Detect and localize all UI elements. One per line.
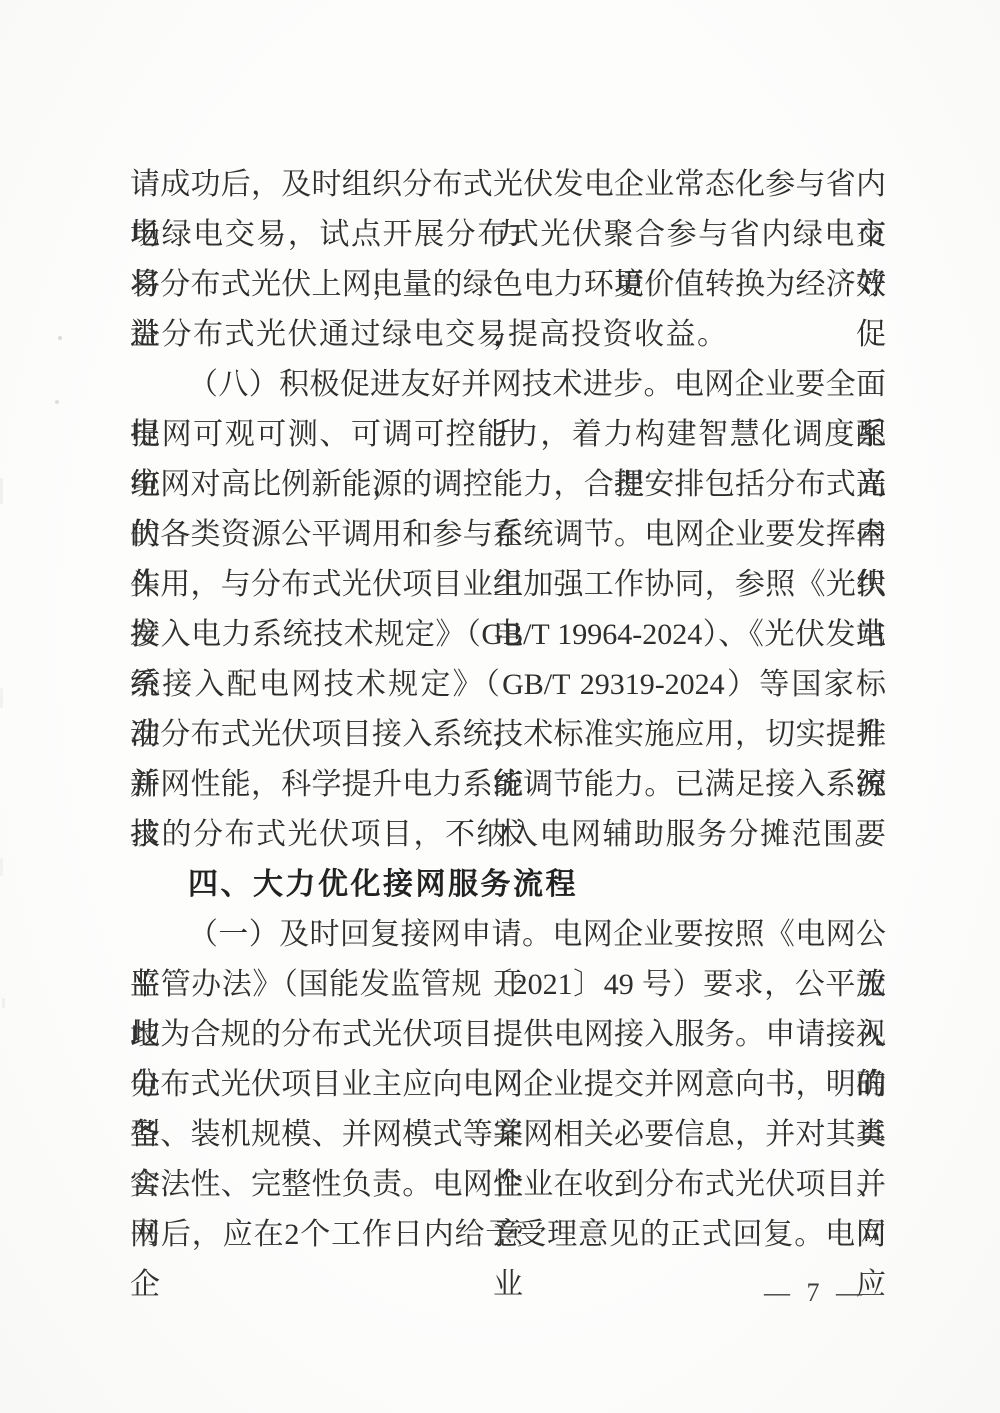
text-line: 的各类资源公平调用和参与系统调节。电网企业要发挥牵头组织 [130,510,886,560]
text-line: 作用，与分布式光伏项目业主加强工作协同，参照《光伏发电站 [130,560,886,610]
text-line: 动分布式光伏项目接入系统技术标准实施应用，切实提升新能源 [130,710,886,760]
text-line: 电网可观可测、可调可控能力，着力构建智慧化调度系统，提高 [130,410,886,460]
scanned-document-page: 请成功后，及时组织分布式光伏发电企业常态化参与省内电力市 场绿电交易，试点开展分… [0,0,1000,1413]
text-line: 求的分布式光伏项目，不纳入电网辅助服务分摊范围。 [130,810,886,860]
text-line: 合法性、完整性负责。电网企业在收到分布式光伏项目并网意向 [130,1160,886,1210]
text-line: 并网性能，科学提升电力系统调节能力。已满足接入系统技术要 [130,760,886,810]
scan-speck [2,998,5,1008]
text-line: 接入电力系统技术规定》（GB/T 19964-2024）、《光伏发电系 [130,610,886,660]
text-line: 统接入配电网技术规定》（GB/T 29319-2024）等国家标准，推 [130,660,886,710]
text-line: 将分布式光伏上网电量的绿色电力环境价值转换为经济效益，促 [130,260,886,310]
text-line: 书后，应在2个工作日内给予受理意见的正式回复。电网企业应 [130,1210,886,1260]
text-line: 型、装机规模、并网模式等并网相关必要信息，并对其真实性、 [130,1110,886,1160]
scan-speck [0,688,3,708]
text-line: 请成功后，及时组织分布式光伏发电企业常态化参与省内电力市 [130,160,886,210]
text-line: 地为合规的分布式光伏项目提供电网接入服务。申请接入电网的 [130,1010,886,1060]
scan-speck [0,858,3,876]
page-number: — 7 — [764,1278,867,1308]
scan-speck [55,400,59,404]
text-line: （八）积极促进友好并网技术进步。电网企业要全面提升配 [130,360,886,410]
text-line: 监管办法》（国能发监管规〔2021〕49 号）要求，公平无歧视 [130,960,886,1010]
document-body: 请成功后，及时组织分布式光伏发电企业常态化参与省内电力市 场绿电交易，试点开展分… [130,160,886,1260]
scan-speck [58,336,62,340]
text-line: （一）及时回复接网申请。电网企业要按照《电网公平开放 [130,910,886,960]
text-line: 电网对高比例新能源的调控能力，合理安排包括分布式光伏在内 [130,460,886,510]
text-line: 分布式光伏项目业主应向电网企业提交并网意向书，明确备案类 [130,1060,886,1110]
section-heading: 四、大力优化接网服务流程 [130,860,886,910]
scan-speck [0,478,3,504]
text-line: 场绿电交易，试点开展分布式光伏聚合参与省内绿电交易，更好 [130,210,886,260]
